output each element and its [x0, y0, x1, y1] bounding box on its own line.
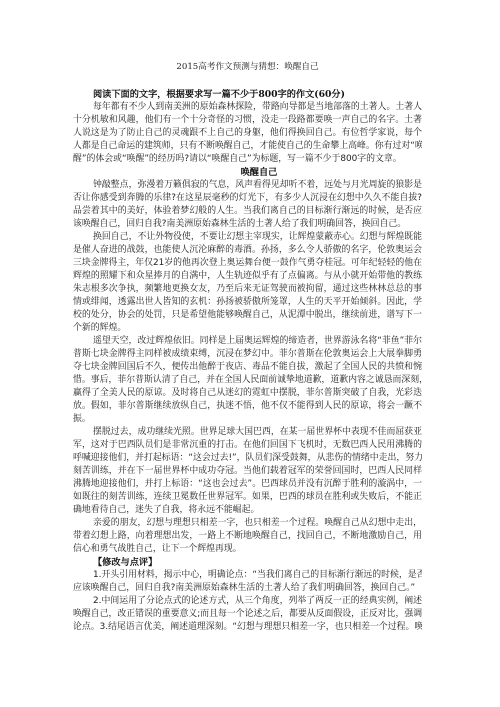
text-line: 摆脱过去，成功继续光照。世界足球大国巴西，在某一届世界杯中表现不佳而屈获亚 [73, 426, 422, 439]
text-line: 十分机敏和风趣，他们有一个十分奇怪的习惯，没走一段路都要唤一声自己的名字。土著 [73, 114, 422, 127]
text-line: 赢得了全美人民的原谅。及时将自己从迷幻的霓虹中摆脱，菲尔普斯突破了自我，光彩迭 [73, 387, 422, 400]
text-line: 醒”的体会或“唤醒”的经历吗?请以“唤醒自己”为标题，写一篇不少于800字的文章… [73, 153, 422, 166]
text-line: 放。假如，菲尔普斯继续放纵自己，执迷不悟，他不仅不能得到人民的原谅，将会一蹶不 [73, 400, 422, 413]
review-item: 2.中间运用了分论点式的论述方式，从三个角度，列举了两反一正的经典实例，阐述 唤… [73, 595, 422, 634]
text-line: 呼喊迎接他们，并打起标语：“这会过去!”，队员们深受鼓舞，从悲伤的情绪中走出，努… [73, 452, 422, 465]
text-line: 沸腾地迎接他们，并打上标语：“这也会过去”。巴西球员并没有沉醉于胜利的漩涡中，一 [73, 478, 422, 491]
text-line: 确地看待自己，迷失了自我，将永远不能崛起。 [73, 504, 422, 517]
text-line: 刻苦训练，并在下一届世界杯中成功夺冠。当他们载着冠军的荣誉回国时，巴西人民同样 [73, 465, 422, 478]
text-line: 带着幻想上路，向着理想出发，一路上不断地唤醒自己，找回自己，不断地激励自己，用 [73, 530, 422, 543]
review-item: 1.开头引用材料，揭示中心，明确论点：“当我们离自己的目标渐行渐远的时候，是否 … [73, 569, 422, 595]
text-line: 军，这对于巴西队员们是非常沉重的打击。在他们回国下飞机时，无数巴西人民用沸腾的 [73, 439, 422, 452]
review-heading: 【修改与点评】 [73, 556, 422, 569]
text-line: 1.开头引用材料，揭示中心，明确论点：“当我们离自己的目标渐行渐远的时候，是否 [73, 569, 422, 582]
text-line: 校的处分，协会的处罚，只是希望他能够唤醒自己，从泥潭中脱出，继续前进，谱写下一 [73, 309, 422, 322]
text-line: 朱志根多次争执，频繁地更换女友，乃至后来无证驾驶而被拘留，通过这些林林总总的事 [73, 283, 422, 296]
text-line: 否让你感受到奔腾的乐律?在这星辰毫秒的灯光下，有多少人沉浸在幻想中久久不能自拔? [73, 192, 422, 205]
text-line: 辉煌的照耀下和众星捧月的自满中，人生轨迹似乎有了点偏离。与从小就开始带他的教练 [73, 270, 422, 283]
text-line: 个新的辉煌。 [73, 322, 422, 335]
essay-paragraph: 钟敲整点，弥漫着万籁俱寂的气息，风声看得见却听不着，远处与月光周旋的狼影是 否让… [73, 179, 422, 231]
text-line: 夺七块金牌回国后不久，便传出他醉于夜店、毒品不能自拔，激起了全国人民的共愤和惋 [73, 361, 422, 374]
text-line: 论点。3.结尾语言优美，阐述道理深刻。“幻想与理想只相差一字，也只相差一个过程。… [73, 621, 422, 634]
text-line: 品尝着其中的美好，体验着梦幻般的人生。当我们离自己的目标渐行渐远的时候，是否应 [73, 205, 422, 218]
text-line: 遥望天空，改过辉煌依旧。同样是上届奥运辉煌的缔造者，世界游泳名将“菲鱼”菲尔 [73, 335, 422, 348]
text-line: 如既往的刻苦训练，连续卫冕数任世界冠军。如果，巴西的球员在胜利或失败后，不能正 [73, 491, 422, 504]
text-line: 信心和勇气战胜自己，让下一个辉煌再现。 [73, 543, 422, 556]
text-line: 该唤醒自己，回归自我?南美洲原始森林生活的土著人给了我们明确回答，换回自己。 [73, 218, 422, 231]
text-line: 唤醒自己，改正错误的重要意义;而且每一个论述之后，都要从反面假设，正反对比，强调 [73, 608, 422, 621]
text-line: 人说这是为了防止自己的灵魂跟不上自己的身躯，他们得换回自己。有位哲学家说，每个 [73, 127, 422, 140]
prompt-heading: 阅读下面的文字，根据要求写一篇不少于800字的作文(60分) [73, 88, 422, 101]
essay-paragraph: 遥望天空，改过辉煌依旧。同样是上届奥运辉煌的缔造者，世界游泳名将“菲鱼”菲尔 普… [73, 335, 422, 426]
essay-paragraph: 换回自己，不让外物役使，不要让幻想主宰现实，让辉煌蒙蔽赤心。幻想与辉煌既能 是催… [73, 231, 422, 335]
prompt-paragraph: 每年都有不少人到南美洲的原始森林探险，带路向导都是当地部落的土著人。土著人 十分… [73, 101, 422, 166]
text-line: 人都是自己命运的建筑师，只有不断唤醒自己，才能使自己的生命攀上高峰。你有过对“唤 [73, 140, 422, 153]
text-line: 应该唤醒自己，回归自我?南美洲原始森林生活的土著人给了我们明确回答，换回自己。” [73, 582, 422, 595]
document-body: 阅读下面的文字，根据要求写一篇不少于800字的作文(60分) 每年都有不少人到南… [73, 88, 422, 634]
essay-paragraph: 亲爱的朋友，幻想与理想只相差一字，也只相差一个过程。唤醒自己从幻想中走出， 带着… [73, 517, 422, 556]
document-title: 2015高考作文预测与猜想：唤醒自己 [73, 60, 422, 74]
text-line: 钟敲整点，弥漫着万籁俱寂的气息，风声看得见却听不着，远处与月光周旋的狼影是 [73, 179, 422, 192]
text-line: 2.中间运用了分论点式的论述方式，从三个角度，列举了两反一正的经典实例，阐述 [73, 595, 422, 608]
text-line: 情或绯闻，透露出世人皆知的玄机：孙扬被骄傲所笼罩，人生的天平开始倾斜。因此，学 [73, 296, 422, 309]
text-line: 每年都有不少人到南美洲的原始森林探险，带路向导都是当地部落的土著人。土著人 [73, 101, 422, 114]
text-line: 换回自己，不让外物役使，不要让幻想主宰现实，让辉煌蒙蔽赤心。幻想与辉煌既能 [73, 231, 422, 244]
text-line: 普斯七块金牌得主同样被成绩束缚，沉浸在梦幻中。菲尔普斯在伦敦奥运会上大展拳脚勇 [73, 348, 422, 361]
text-line: 惜。事后，菲尔普斯认清了自己，并在全国人民面前诚挚地道歉，道歉内容之诚恳而深刻， [73, 374, 422, 387]
essay-paragraph: 摆脱过去，成功继续光照。世界足球大国巴西，在某一届世界杯中表现不佳而屈获亚 军，… [73, 426, 422, 517]
essay-title: 唤醒自己 [73, 166, 422, 179]
text-line: 三块金牌得主，年仅21岁的他再次登上奥运舞台便一鼓作气勇夺桂冠。可年纪轻轻的他在 [73, 257, 422, 270]
text-line: 振。 [73, 413, 422, 426]
text-line: 亲爱的朋友，幻想与理想只相差一字，也只相差一个过程。唤醒自己从幻想中走出， [73, 517, 422, 530]
text-line: 是催人奋进的战鼓，也能使人沉沦麻醉的毒酒。孙扬，多么令人骄傲的名字，伦敦奥运会 [73, 244, 422, 257]
